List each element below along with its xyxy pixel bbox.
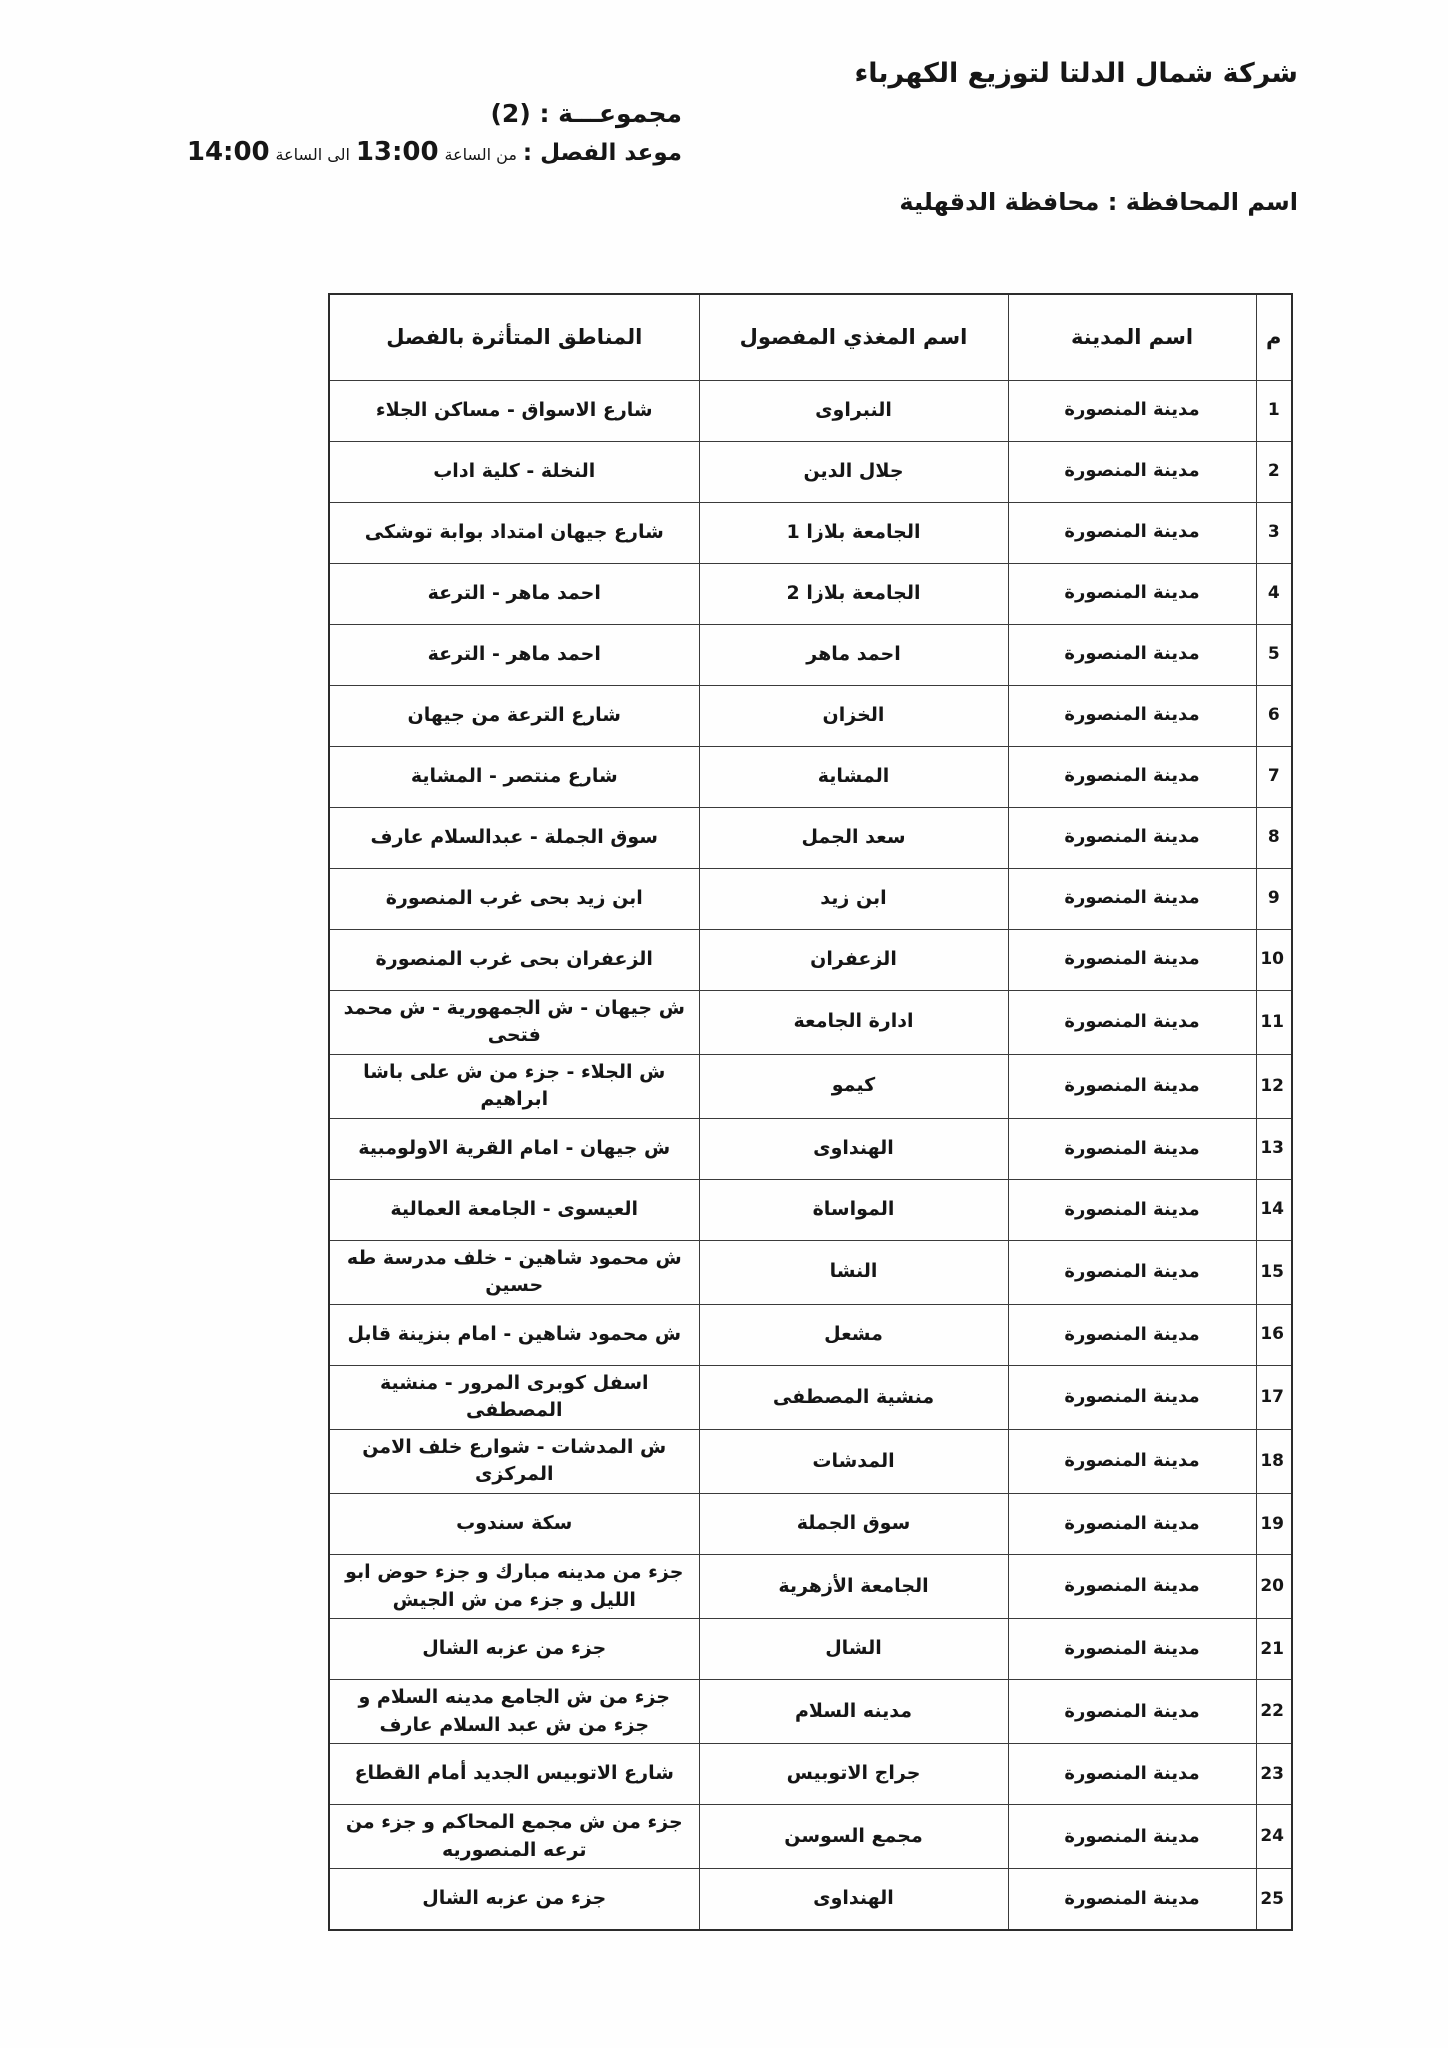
- cell-city: مدينة المنصورة: [1008, 1869, 1256, 1930]
- cell-index: 20: [1256, 1554, 1292, 1618]
- table-row: 12مدينة المنصورةكيموش الجلاء - جزء من ش …: [329, 1054, 1292, 1118]
- cell-feeder: المدشات: [699, 1429, 1008, 1493]
- cell-city: مدينة المنصورة: [1008, 1554, 1256, 1618]
- company-title: شركة شمال الدلتا لتوزيع الكهرباء: [854, 58, 1298, 89]
- cell-index: 7: [1256, 746, 1292, 807]
- cell-feeder: الشال: [699, 1619, 1008, 1680]
- group-line: مجموعـــة : (2): [187, 98, 682, 131]
- cell-city: مدينة المنصورة: [1008, 1054, 1256, 1118]
- cell-feeder: الهنداوى: [699, 1869, 1008, 1930]
- cell-areas: شارع الترعة من جيهان: [329, 685, 699, 746]
- cell-index: 11: [1256, 990, 1292, 1054]
- cell-feeder: المشاية: [699, 746, 1008, 807]
- cell-areas: اسفل كوبرى المرور - منشية المصطفى: [329, 1365, 699, 1429]
- cell-areas: النخلة - كلية اداب: [329, 441, 699, 502]
- cell-index: 17: [1256, 1365, 1292, 1429]
- cell-city: مدينة المنصورة: [1008, 1429, 1256, 1493]
- outage-from-time: 13:00: [356, 137, 439, 167]
- table-row: 20مدينة المنصورةالجامعة الأزهريةجزء من م…: [329, 1554, 1292, 1618]
- cell-areas: العيسوى - الجامعة العمالية: [329, 1179, 699, 1240]
- cell-city: مدينة المنصورة: [1008, 1179, 1256, 1240]
- cell-feeder: ادارة الجامعة: [699, 990, 1008, 1054]
- table-header-row: م اسم المدينة اسم المغذي المفصول المناطق…: [329, 294, 1292, 380]
- cell-city: مدينة المنصورة: [1008, 929, 1256, 990]
- cell-areas: احمد ماهر - الترعة: [329, 563, 699, 624]
- table-row: 7مدينة المنصورةالمشايةشارع منتصر - المشا…: [329, 746, 1292, 807]
- table-row: 21مدينة المنصورةالشالجزء من عزبه الشال: [329, 1619, 1292, 1680]
- group-number: (2): [490, 99, 530, 128]
- table-row: 13مدينة المنصورةالهنداوىش جيهان - امام ا…: [329, 1118, 1292, 1179]
- cell-areas: شارع جيهان امتداد بوابة توشكى: [329, 502, 699, 563]
- cell-feeder: ابن زيد: [699, 868, 1008, 929]
- cell-index: 22: [1256, 1680, 1292, 1744]
- cell-city: مدينة المنصورة: [1008, 1619, 1256, 1680]
- table-row: 2مدينة المنصورةجلال الدينالنخلة - كلية ا…: [329, 441, 1292, 502]
- cell-city: مدينة المنصورة: [1008, 1680, 1256, 1744]
- cell-areas: شارع الاتوبيس الجديد أمام القطاع: [329, 1744, 699, 1805]
- cell-feeder: مجمع السوسن: [699, 1805, 1008, 1869]
- cell-areas: جزء من ش الجامع مدينه السلام و جزء من ش …: [329, 1680, 699, 1744]
- cell-areas: ابن زيد بحى غرب المنصورة: [329, 868, 699, 929]
- table-row: 5مدينة المنصورةاحمد ماهراحمد ماهر - التر…: [329, 624, 1292, 685]
- cell-index: 13: [1256, 1118, 1292, 1179]
- outage-from-label: من الساعة: [445, 145, 517, 164]
- cell-city: مدينة المنصورة: [1008, 868, 1256, 929]
- table-row: 24مدينة المنصورةمجمع السوسنجزء من ش مجمع…: [329, 1805, 1292, 1869]
- group-label: مجموعـــة :: [539, 99, 682, 128]
- table-row: 23مدينة المنصورةجراج الاتوبيسشارع الاتوب…: [329, 1744, 1292, 1805]
- cell-index: 23: [1256, 1744, 1292, 1805]
- document-page: شركة شمال الدلتا لتوزيع الكهرباء مجموعــ…: [0, 0, 1448, 2048]
- cell-index: 5: [1256, 624, 1292, 685]
- cell-index: 3: [1256, 502, 1292, 563]
- cell-index: 21: [1256, 1619, 1292, 1680]
- cell-city: مدينة المنصورة: [1008, 441, 1256, 502]
- cell-feeder: مشعل: [699, 1304, 1008, 1365]
- cell-city: مدينة المنصورة: [1008, 685, 1256, 746]
- header-city: اسم المدينة: [1008, 294, 1256, 380]
- table-row: 1مدينة المنصورةالنبراوىشارع الاسواق - مس…: [329, 380, 1292, 441]
- cell-feeder: الخزان: [699, 685, 1008, 746]
- cell-areas: جزء من مدينه مبارك و جزء حوض ابو الليل و…: [329, 1554, 699, 1618]
- cell-index: 25: [1256, 1869, 1292, 1930]
- cell-index: 9: [1256, 868, 1292, 929]
- header-areas: المناطق المتأثرة بالفصل: [329, 294, 699, 380]
- cell-city: مدينة المنصورة: [1008, 990, 1256, 1054]
- cell-feeder: النشا: [699, 1240, 1008, 1304]
- cell-feeder: احمد ماهر: [699, 624, 1008, 685]
- cell-areas: جزء من ش مجمع المحاكم و جزء من ترعه المن…: [329, 1805, 699, 1869]
- outage-to-time: 14:00: [187, 137, 270, 167]
- outage-to-label: الى الساعة: [276, 145, 350, 164]
- table-row: 18مدينة المنصورةالمدشاتش المدشات - شوارع…: [329, 1429, 1292, 1493]
- cell-feeder: الزعفران: [699, 929, 1008, 990]
- cell-index: 19: [1256, 1493, 1292, 1554]
- cell-city: مدينة المنصورة: [1008, 1304, 1256, 1365]
- table-row: 8مدينة المنصورةسعد الجملسوق الجملة - عبد…: [329, 807, 1292, 868]
- cell-index: 16: [1256, 1304, 1292, 1365]
- table-row: 22مدينة المنصورةمدينه السلامجزء من ش الج…: [329, 1680, 1292, 1744]
- cell-index: 12: [1256, 1054, 1292, 1118]
- header-feeder: اسم المغذي المفصول: [699, 294, 1008, 380]
- cell-index: 4: [1256, 563, 1292, 624]
- table-row: 15مدينة المنصورةالنشاش محمود شاهين - خلف…: [329, 1240, 1292, 1304]
- cell-city: مدينة المنصورة: [1008, 1805, 1256, 1869]
- cell-areas: احمد ماهر - الترعة: [329, 624, 699, 685]
- cell-feeder: الجامعة بلازا 1: [699, 502, 1008, 563]
- cell-index: 8: [1256, 807, 1292, 868]
- group-block: مجموعـــة : (2) موعد الفصل : من الساعة 1…: [187, 98, 682, 172]
- cell-city: مدينة المنصورة: [1008, 563, 1256, 624]
- cell-areas: الزعفران بحى غرب المنصورة: [329, 929, 699, 990]
- cell-city: مدينة المنصورة: [1008, 807, 1256, 868]
- cell-city: مدينة المنصورة: [1008, 380, 1256, 441]
- cell-areas: جزء من عزبه الشال: [329, 1869, 699, 1930]
- header-index: م: [1256, 294, 1292, 380]
- cell-city: مدينة المنصورة: [1008, 1118, 1256, 1179]
- cell-areas: جزء من عزبه الشال: [329, 1619, 699, 1680]
- table-row: 3مدينة المنصورةالجامعة بلازا 1شارع جيهان…: [329, 502, 1292, 563]
- cell-areas: ش المدشات - شوارع خلف الامن المركزى: [329, 1429, 699, 1493]
- cell-index: 10: [1256, 929, 1292, 990]
- cell-city: مدينة المنصورة: [1008, 746, 1256, 807]
- table-header: م اسم المدينة اسم المغذي المفصول المناطق…: [329, 294, 1292, 380]
- table-row: 10مدينة المنصورةالزعفرانالزعفران بحى غرب…: [329, 929, 1292, 990]
- table-row: 19مدينة المنصورةسوق الجملةسكة سندوب: [329, 1493, 1292, 1554]
- cell-areas: ش محمود شاهين - امام بنزينة قابل: [329, 1304, 699, 1365]
- cell-index: 2: [1256, 441, 1292, 502]
- cell-index: 14: [1256, 1179, 1292, 1240]
- cell-city: مدينة المنصورة: [1008, 1240, 1256, 1304]
- cell-areas: ش الجلاء - جزء من ش على باشا ابراهيم: [329, 1054, 699, 1118]
- cell-feeder: مدينه السلام: [699, 1680, 1008, 1744]
- cell-city: مدينة المنصورة: [1008, 1493, 1256, 1554]
- cell-feeder: الهنداوى: [699, 1118, 1008, 1179]
- cell-feeder: الجامعة بلازا 2: [699, 563, 1008, 624]
- table-body: 1مدينة المنصورةالنبراوىشارع الاسواق - مس…: [329, 380, 1292, 1930]
- cell-areas: سكة سندوب: [329, 1493, 699, 1554]
- cell-feeder: جلال الدين: [699, 441, 1008, 502]
- cell-feeder: سوق الجملة: [699, 1493, 1008, 1554]
- cell-city: مدينة المنصورة: [1008, 624, 1256, 685]
- cell-feeder: الجامعة الأزهرية: [699, 1554, 1008, 1618]
- cell-index: 24: [1256, 1805, 1292, 1869]
- cell-index: 1: [1256, 380, 1292, 441]
- outage-table: م اسم المدينة اسم المغذي المفصول المناطق…: [328, 293, 1293, 1931]
- cell-feeder: المواساة: [699, 1179, 1008, 1240]
- outage-label: موعد الفصل :: [523, 140, 682, 166]
- table-row: 4مدينة المنصورةالجامعة بلازا 2احمد ماهر …: [329, 563, 1292, 624]
- cell-feeder: النبراوى: [699, 380, 1008, 441]
- cell-areas: شارع الاسواق - مساكن الجلاء: [329, 380, 699, 441]
- cell-city: مدينة المنصورة: [1008, 1744, 1256, 1805]
- cell-feeder: جراج الاتوبيس: [699, 1744, 1008, 1805]
- cell-city: مدينة المنصورة: [1008, 1365, 1256, 1429]
- cell-areas: ش جيهان - امام القرية الاولومبية: [329, 1118, 699, 1179]
- table-row: 6مدينة المنصورةالخزانشارع الترعة من جيها…: [329, 685, 1292, 746]
- cell-areas: ش جيهان - ش الجمهورية - ش محمد فتحى: [329, 990, 699, 1054]
- table-row: 16مدينة المنصورةمشعلش محمود شاهين - امام…: [329, 1304, 1292, 1365]
- outage-time-line: موعد الفصل : من الساعة 13:00 الى الساعة …: [187, 133, 682, 172]
- cell-index: 6: [1256, 685, 1292, 746]
- cell-feeder: كيمو: [699, 1054, 1008, 1118]
- cell-areas: ش محمود شاهين - خلف مدرسة طه حسين: [329, 1240, 699, 1304]
- table-row: 9مدينة المنصورةابن زيدابن زيد بحى غرب ال…: [329, 868, 1292, 929]
- cell-city: مدينة المنصورة: [1008, 502, 1256, 563]
- table-row: 11مدينة المنصورةادارة الجامعةش جيهان - ش…: [329, 990, 1292, 1054]
- table-row: 25مدينة المنصورةالهنداوىجزء من عزبه الشا…: [329, 1869, 1292, 1930]
- table-row: 14مدينة المنصورةالمواساةالعيسوى - الجامع…: [329, 1179, 1292, 1240]
- cell-areas: سوق الجملة - عبدالسلام عارف: [329, 807, 699, 868]
- table-row: 17مدينة المنصورةمنشية المصطفىاسفل كوبرى …: [329, 1365, 1292, 1429]
- cell-areas: شارع منتصر - المشاية: [329, 746, 699, 807]
- cell-feeder: سعد الجمل: [699, 807, 1008, 868]
- governorate-line: اسم المحافظة : محافظة الدقهلية: [899, 188, 1298, 216]
- cell-index: 15: [1256, 1240, 1292, 1304]
- cell-index: 18: [1256, 1429, 1292, 1493]
- cell-feeder: منشية المصطفى: [699, 1365, 1008, 1429]
